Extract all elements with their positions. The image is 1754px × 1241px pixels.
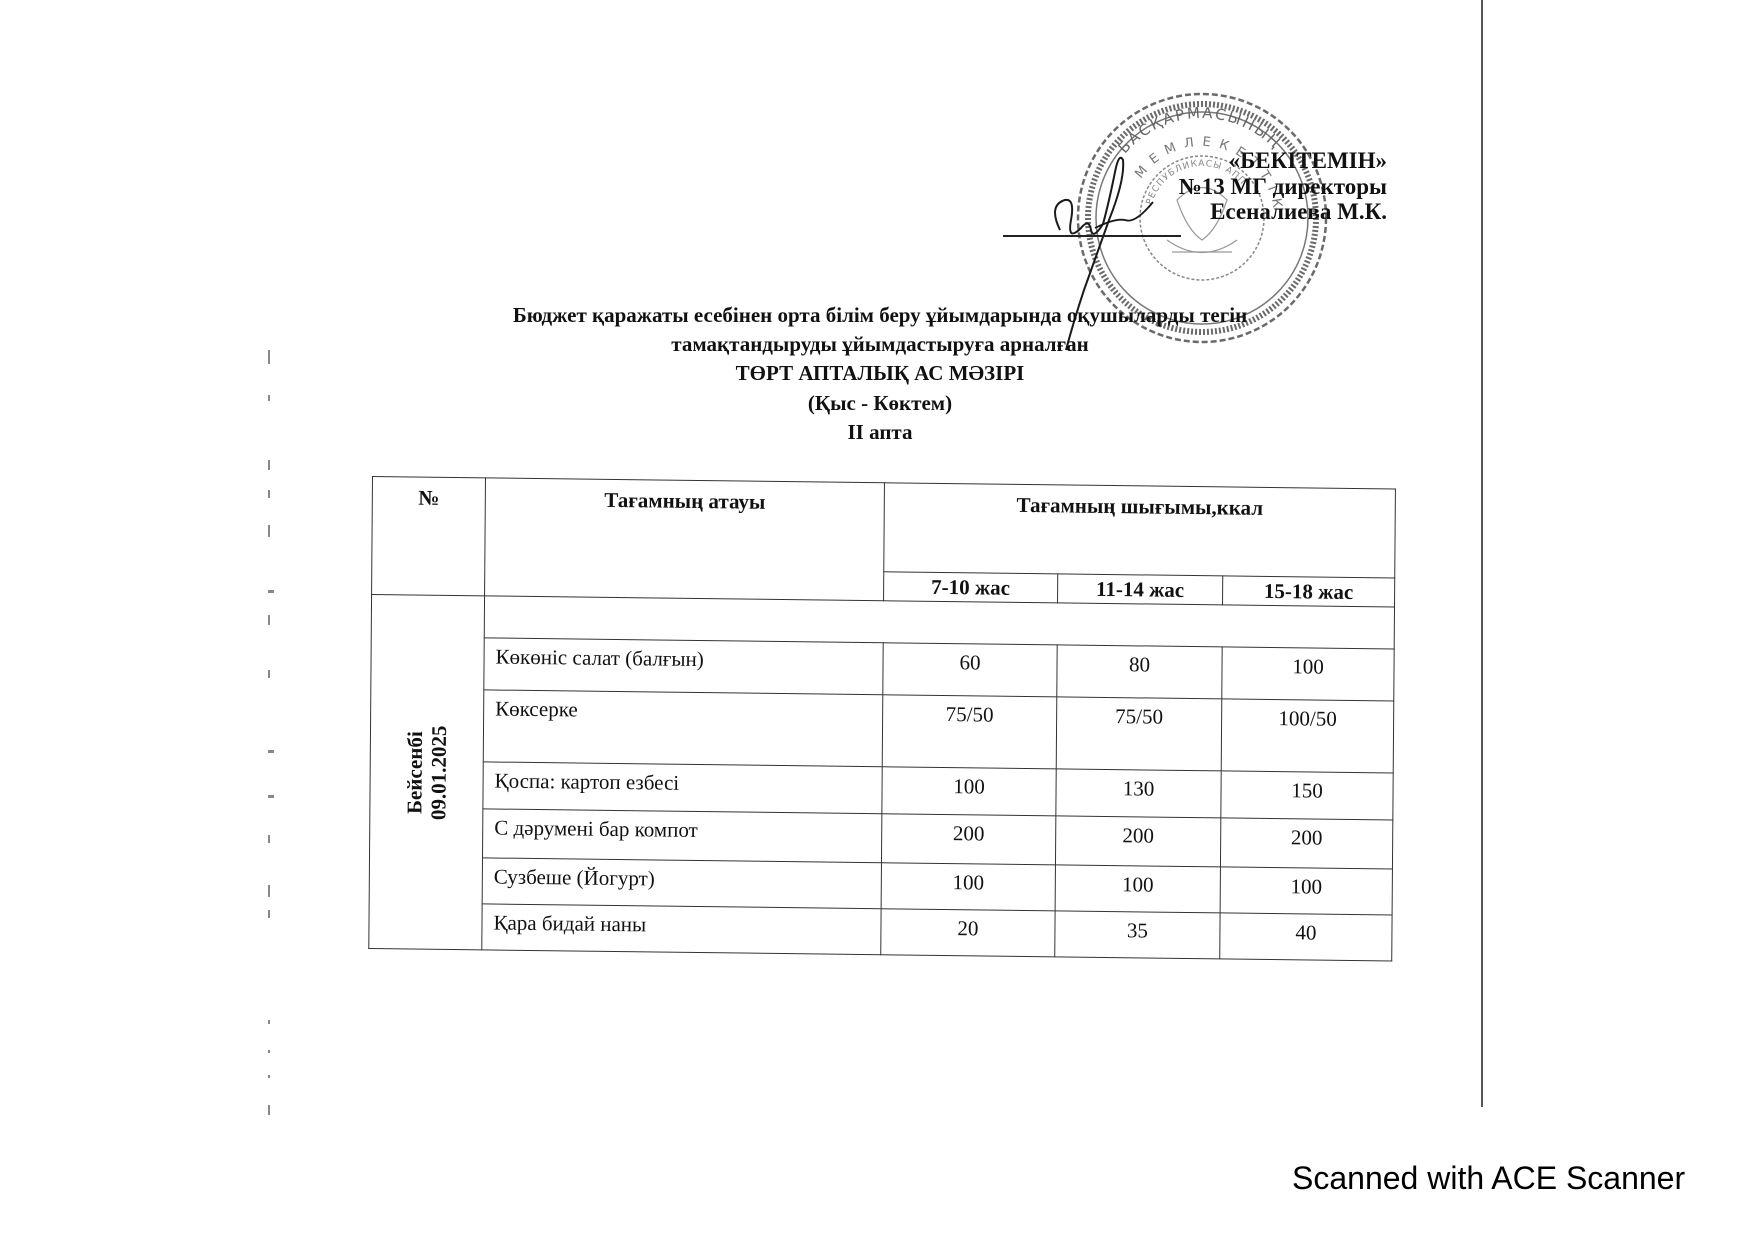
dish-name: Көкөніс салат (балғын) bbox=[484, 638, 883, 695]
signature-line bbox=[1003, 235, 1181, 237]
value-11-14: 35 bbox=[1055, 911, 1220, 959]
menu-table: № Тағамның атауы Тағамның шығымы,ккал 7-… bbox=[368, 476, 1396, 961]
title-line-1: Бюджет қаражаты есебінен орта білім беру… bbox=[380, 301, 1380, 330]
day-cell: Бейсенбі 09.01.2025 bbox=[369, 595, 485, 950]
value-7-10: 100 bbox=[882, 767, 1056, 816]
value-11-14: 100 bbox=[1055, 865, 1220, 913]
header-number: № bbox=[372, 477, 486, 596]
value-11-14: 130 bbox=[1056, 769, 1221, 818]
approval-heading: «БЕКІТЕМІН» bbox=[1179, 148, 1387, 174]
page-edge-line bbox=[1481, 0, 1483, 1107]
value-11-14: 75/50 bbox=[1056, 697, 1222, 771]
value-15-18: 40 bbox=[1220, 913, 1392, 961]
approval-name: Есеналиева М.К. bbox=[1179, 199, 1387, 225]
value-7-10: 75/50 bbox=[882, 695, 1057, 769]
dish-name: Қоспа: картоп езбесі bbox=[483, 762, 882, 814]
title-line-2: тамақтандыруды ұйымдастыруға арналған bbox=[380, 330, 1380, 359]
value-15-18: 100 bbox=[1220, 867, 1392, 915]
value-15-18: 100 bbox=[1222, 647, 1394, 701]
dish-name: Сузбеше (Йогурт) bbox=[482, 858, 881, 909]
value-15-18: 200 bbox=[1220, 818, 1392, 869]
value-15-18: 150 bbox=[1221, 771, 1393, 820]
title-line-4: (Қыс - Көктем) bbox=[380, 389, 1380, 418]
value-11-14: 80 bbox=[1057, 645, 1222, 699]
day-weekday: Бейсенбі bbox=[402, 725, 427, 820]
scanner-watermark: Scanned with ACE Scanner bbox=[1292, 1160, 1685, 1197]
day-label: Бейсенбі 09.01.2025 bbox=[402, 725, 451, 820]
header-age-11-14: 11-14 жас bbox=[1058, 574, 1223, 605]
scan-artifacts bbox=[268, 350, 278, 1130]
value-11-14: 200 bbox=[1055, 816, 1220, 867]
scanned-page: БАСҚАРМАСЫНЫҢ МЕМЛЕКЕТТІК РЕСПУБЛИКАСЫ А… bbox=[0, 0, 1754, 1241]
approval-block: «БЕКІТЕМІН» №13 МГ директоры Есеналиева … bbox=[1179, 148, 1387, 225]
value-7-10: 20 bbox=[881, 909, 1055, 957]
value-15-18: 100/50 bbox=[1221, 699, 1394, 773]
menu-table-container: № Тағамның атауы Тағамның шығымы,ккал 7-… bbox=[368, 476, 1396, 961]
table-row: Көксерке 75/50 75/50 100/50 bbox=[370, 688, 1393, 772]
title-line-3: ТӨРТ АПТАЛЫҚ АС МӘЗІРІ bbox=[380, 359, 1380, 388]
dish-name: Қара бидай наны bbox=[482, 904, 881, 955]
header-age-15-18: 15-18 жас bbox=[1223, 576, 1395, 607]
day-date: 09.01.2025 bbox=[426, 725, 451, 820]
dish-name: С дәрумені бар компот bbox=[483, 809, 882, 863]
header-age-7-10: 7-10 жас bbox=[884, 572, 1058, 603]
document-title: Бюджет қаражаты есебінен орта білім беру… bbox=[380, 301, 1380, 447]
value-7-10: 100 bbox=[881, 863, 1055, 911]
approval-position: №13 МГ директоры bbox=[1179, 174, 1387, 200]
title-line-5: II апта bbox=[380, 418, 1380, 447]
dish-name: Көксерке bbox=[483, 690, 883, 767]
header-dish-name: Тағамның атауы bbox=[485, 478, 885, 601]
header-output: Тағамның шығымы,ккал bbox=[884, 483, 1396, 578]
value-7-10: 200 bbox=[881, 814, 1055, 865]
value-7-10: 60 bbox=[883, 643, 1057, 697]
